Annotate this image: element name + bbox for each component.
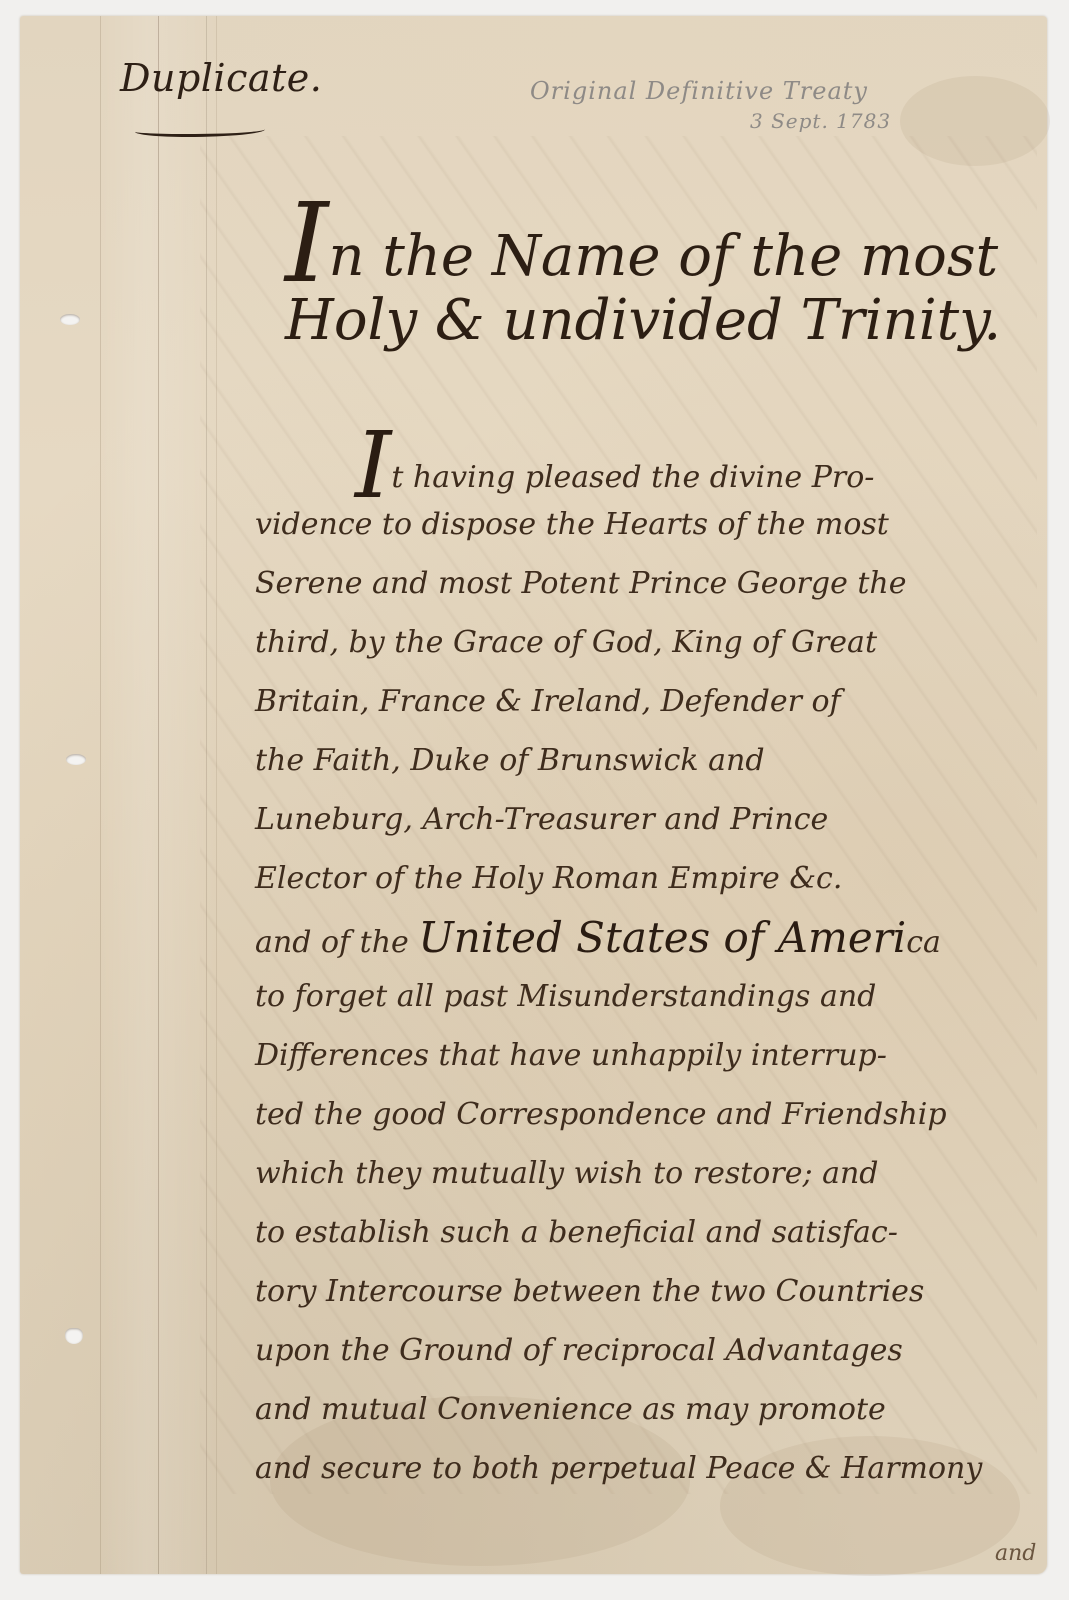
body-line: to forget all past Misunderstandings and xyxy=(255,967,1055,1026)
body-line: Differences that have unhappily interrup… xyxy=(255,1026,1055,1085)
body-line: to establish such a beneficial and satis… xyxy=(255,1203,1055,1262)
binding-hole xyxy=(60,314,80,325)
paper-stain xyxy=(900,76,1050,166)
manuscript-page: Duplicate. Original Definitive Treaty 3 … xyxy=(20,16,1047,1574)
body-line: the Faith, Duke of Brunswick and xyxy=(255,731,1055,790)
archival-pencil-note: Original Definitive Treaty 3 Sept. 1783 xyxy=(530,76,891,136)
body-line: Britain, France & Ireland, Defender of xyxy=(255,672,1055,731)
duplicate-underline-flourish xyxy=(135,124,265,137)
body-line: which they mutually wish to restore; and xyxy=(255,1144,1055,1203)
body-line: Elector of the Holy Roman Empire &c. xyxy=(255,849,1055,908)
archival-note-date: 3 Sept. 1783 xyxy=(530,106,891,136)
fold-line xyxy=(158,16,159,1574)
body-line: vidence to dispose the Hearts of the mos… xyxy=(255,495,1055,554)
catchword: and xyxy=(995,1541,1036,1566)
body-line: and mutual Convenience as may promote xyxy=(255,1380,1055,1439)
heading-line-1: n the Name of the most xyxy=(328,224,998,289)
heading-line-2: Holy & undivided Trinity. xyxy=(285,289,1001,353)
body-line: third, by the Grace of God, King of Grea… xyxy=(255,613,1055,672)
body-line: ted the good Correspondence and Friendsh… xyxy=(255,1085,1055,1144)
body-line: and secure to both perpetual Peace & Har… xyxy=(255,1439,1055,1498)
body-line: Luneburg, Arch-Treasurer and Prince xyxy=(255,790,1055,849)
duplicate-label: Duplicate. xyxy=(120,56,322,100)
binding-hole xyxy=(66,754,86,765)
body-line: Serene and most Potent Prince George the xyxy=(255,554,1055,613)
archival-note-title: Original Definitive Treaty xyxy=(530,77,868,105)
fold-line xyxy=(206,16,207,1574)
body-line: and of the United States of America xyxy=(255,908,1055,967)
treaty-preamble: It having pleased the divine Pro- videnc… xyxy=(255,436,1055,1498)
body-line: It having pleased the divine Pro- xyxy=(255,436,1055,495)
invocation-heading: In the Name of the most Holy & undivided… xyxy=(285,211,1001,353)
body-line: tory Intercourse between the two Countri… xyxy=(255,1262,1055,1321)
united-states-emphasis: United States of Ameri xyxy=(418,913,906,962)
body-line: upon the Ground of reciprocal Advantages xyxy=(255,1321,1055,1380)
binding-hole xyxy=(65,1328,83,1344)
